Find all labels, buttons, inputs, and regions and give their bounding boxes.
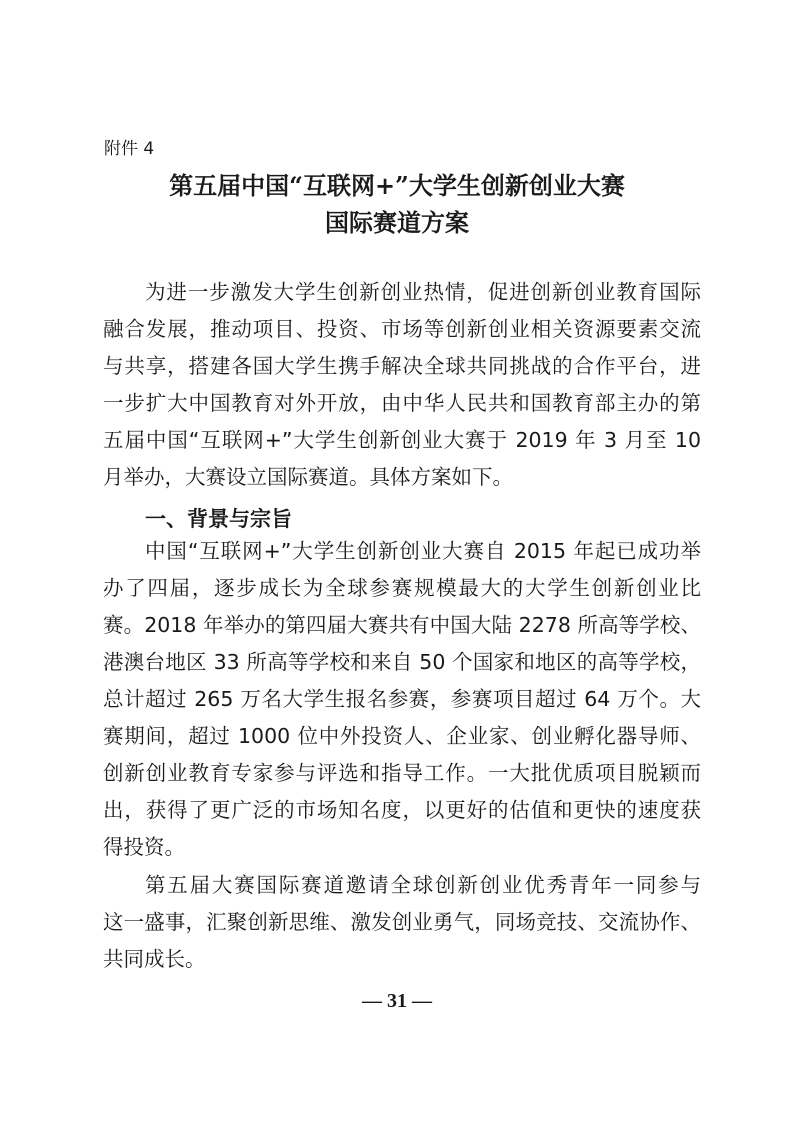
paragraph-line: 第五届大赛国际赛道邀请全球创新创业优秀青年一同参与 bbox=[103, 867, 701, 904]
background-paragraph: 中国“互联网+”大学生创新创业大赛自 2015 年起已成功举 办了四届，逐步成长… bbox=[103, 533, 701, 866]
paragraph-line: 一步扩大中国教育对外开放，由中华人民共和国教育部主办的第 bbox=[103, 385, 701, 422]
intro-paragraph: 为进一步激发大学生创新创业热情，促进创新创业教育国际 融合发展，推动项目、投资、… bbox=[103, 274, 701, 496]
document-title-line-2: 国际赛道方案 bbox=[0, 203, 794, 238]
paragraph-line: 出，获得了更广泛的市场知名度，以更好的估值和更快的速度获 bbox=[103, 792, 701, 829]
paragraph-line: 中国“互联网+”大学生创新创业大赛自 2015 年起已成功举 bbox=[103, 533, 701, 570]
paragraph-line: 创新创业教育专家参与评选和指导工作。一大批优质项目脱颖而 bbox=[103, 755, 701, 792]
paragraph-line: 与共享，搭建各国大学生携手解决全球共同挑战的合作平台，进 bbox=[103, 348, 701, 385]
paragraph-line: 这一盛事，汇聚创新思维、激发创业勇气，同场竞技、交流协作、 bbox=[103, 904, 701, 941]
paragraph-line: 五届中国“互联网+”大学生创新创业大赛于 2019 年 3 月至 10 bbox=[103, 422, 701, 459]
document-title-line-1: 第五届中国“互联网+”大学生创新创业大赛 bbox=[0, 166, 794, 201]
paragraph-line: 为进一步激发大学生创新创业热情，促进创新创业教育国际 bbox=[103, 274, 701, 311]
paragraph-line: 月举办，大赛设立国际赛道。具体方案如下。 bbox=[103, 459, 701, 496]
paragraph-line: 办了四届，逐步成长为全球参赛规模最大的大学生创新创业比 bbox=[103, 570, 701, 607]
paragraph-line: 港澳台地区 33 所高等学校和来自 50 个国家和地区的高等学校， bbox=[103, 644, 701, 681]
paragraph-line: 总计超过 265 万名大学生报名参赛，参赛项目超过 64 万个。大 bbox=[103, 681, 701, 718]
document-page: 附件 4 第五届中国“互联网+”大学生创新创业大赛 国际赛道方案 为进一步激发大… bbox=[0, 0, 794, 1123]
attachment-label: 附件 4 bbox=[104, 134, 154, 159]
paragraph-line: 得投资。 bbox=[103, 829, 701, 866]
paragraph-line: 赛期间，超过 1000 位中外投资人、企业家、创业孵化器导师、 bbox=[103, 718, 701, 755]
section-heading: 一、背景与宗旨 bbox=[145, 503, 292, 533]
paragraph-line: 共同成长。 bbox=[103, 941, 701, 978]
paragraph-line: 赛。2018 年举办的第四届大赛共有中国大陆 2278 所高等学校、 bbox=[103, 607, 701, 644]
page-number: — 31 — bbox=[0, 990, 794, 1013]
paragraph-line: 融合发展，推动项目、投资、市场等创新创业相关资源要素交流 bbox=[103, 311, 701, 348]
invitation-paragraph: 第五届大赛国际赛道邀请全球创新创业优秀青年一同参与 这一盛事，汇聚创新思维、激发… bbox=[103, 867, 701, 978]
